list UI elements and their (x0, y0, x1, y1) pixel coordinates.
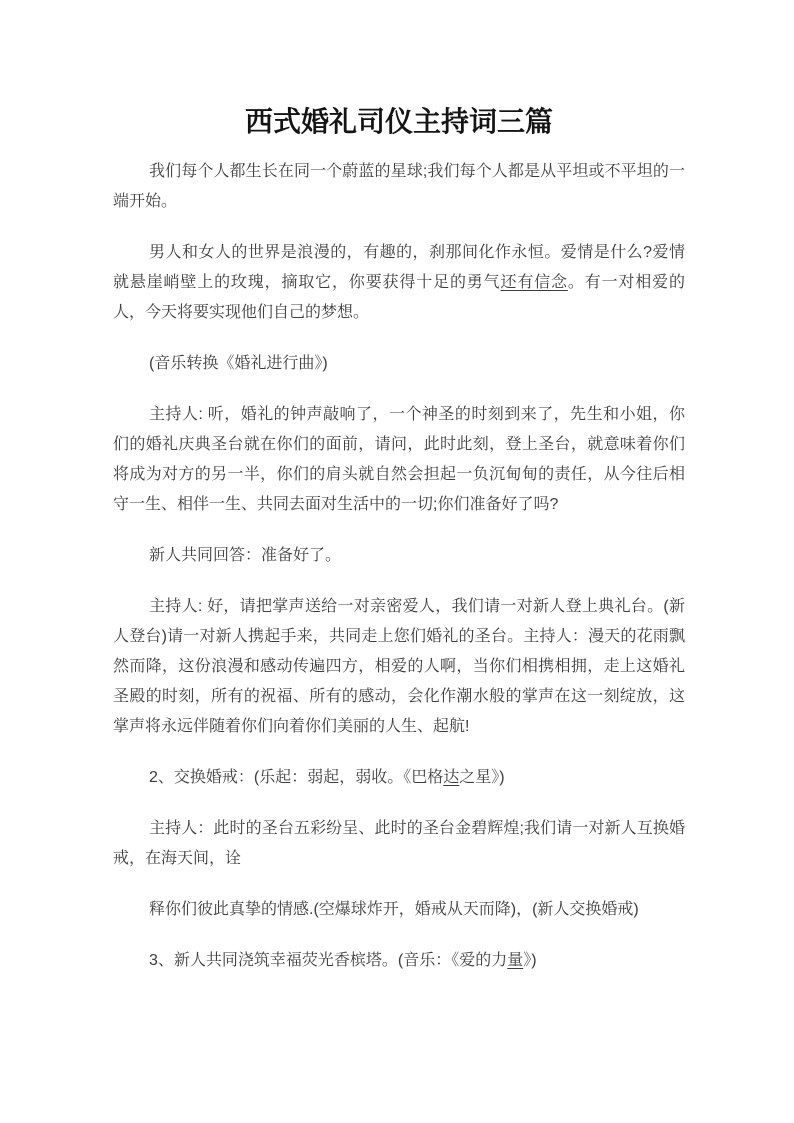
text-run: 主持人：此时的圣台五彩纷呈、此时的圣台金碧辉煌;我们请一对新人互换婚戒，在海天间… (113, 820, 685, 867)
paragraph: 新人共同回答：准备好了。 (113, 541, 685, 571)
text-run: 》) (523, 952, 536, 969)
underlined-text-run: 还有信念 (500, 274, 567, 291)
text-run: 我们每个人都生长在同一个蔚蓝的星球;我们每个人都是从平坦或不平坦的一端开始。 (113, 163, 685, 210)
document-content: 西式婚礼司仪主持词三篇 我们每个人都生长在同一个蔚蓝的星球;我们每个人都是从平坦… (113, 103, 685, 997)
document-title: 西式婚礼司仪主持词三篇 (113, 103, 685, 141)
text-run: 主持人: 好，请把掌声送给一对亲密爱人，我们请一对新人登上典礼台。(新人登台)请… (113, 598, 685, 735)
paragraph: 释你们彼此真挚的情感.(空爆球炸开，婚戒从天而降)，(新人交换婚戒) (113, 895, 685, 925)
text-run: 2、交换婚戒：(乐起：弱起，弱收。《巴格 (149, 769, 443, 786)
text-run: 3、新人共同浇筑幸福荧光香槟塔。(音乐：《爱的力 (149, 952, 507, 969)
paragraph: 主持人: 听，婚礼的钟声敲响了，一个神圣的时刻到来了，先生和小姐，你们的婚礼庆典… (113, 400, 685, 520)
underlined-text-run: 达 (443, 769, 459, 786)
text-run: (音乐转换《婚礼进行曲》) (149, 355, 328, 372)
paragraph: 男人和女人的世界是浪漫的，有趣的，刹那间化作永恒。爱情是什么?爱情就悬崖峭壁上的… (113, 238, 685, 328)
document-page: 西式婚礼司仪主持词三篇 我们每个人都生长在同一个蔚蓝的星球;我们每个人都是从平坦… (0, 0, 794, 1123)
text-run: 之星》) (459, 769, 504, 786)
text-run: 释你们彼此真挚的情感.(空爆球炸开，婚戒从天而降)，(新人交换婚戒) (149, 901, 639, 918)
text-run: 主持人: 听，婚礼的钟声敲响了，一个神圣的时刻到来了，先生和小姐，你们的婚礼庆典… (113, 406, 685, 513)
underlined-text-run: 量 (507, 952, 523, 969)
text-run: 新人共同回答：准备好了。 (149, 547, 341, 564)
paragraph: 主持人: 好，请把掌声送给一对亲密爱人，我们请一对新人登上典礼台。(新人登台)请… (113, 592, 685, 742)
paragraph-list: 我们每个人都生长在同一个蔚蓝的星球;我们每个人都是从平坦或不平坦的一端开始。男人… (113, 157, 685, 976)
paragraph: 2、交换婚戒：(乐起：弱起，弱收。《巴格达之星》) (113, 763, 685, 793)
paragraph: 主持人：此时的圣台五彩纷呈、此时的圣台金碧辉煌;我们请一对新人互换婚戒，在海天间… (113, 814, 685, 874)
paragraph: (音乐转换《婚礼进行曲》) (113, 349, 685, 379)
paragraph: 3、新人共同浇筑幸福荧光香槟塔。(音乐：《爱的力量》) (113, 946, 685, 976)
paragraph: 我们每个人都生长在同一个蔚蓝的星球;我们每个人都是从平坦或不平坦的一端开始。 (113, 157, 685, 217)
